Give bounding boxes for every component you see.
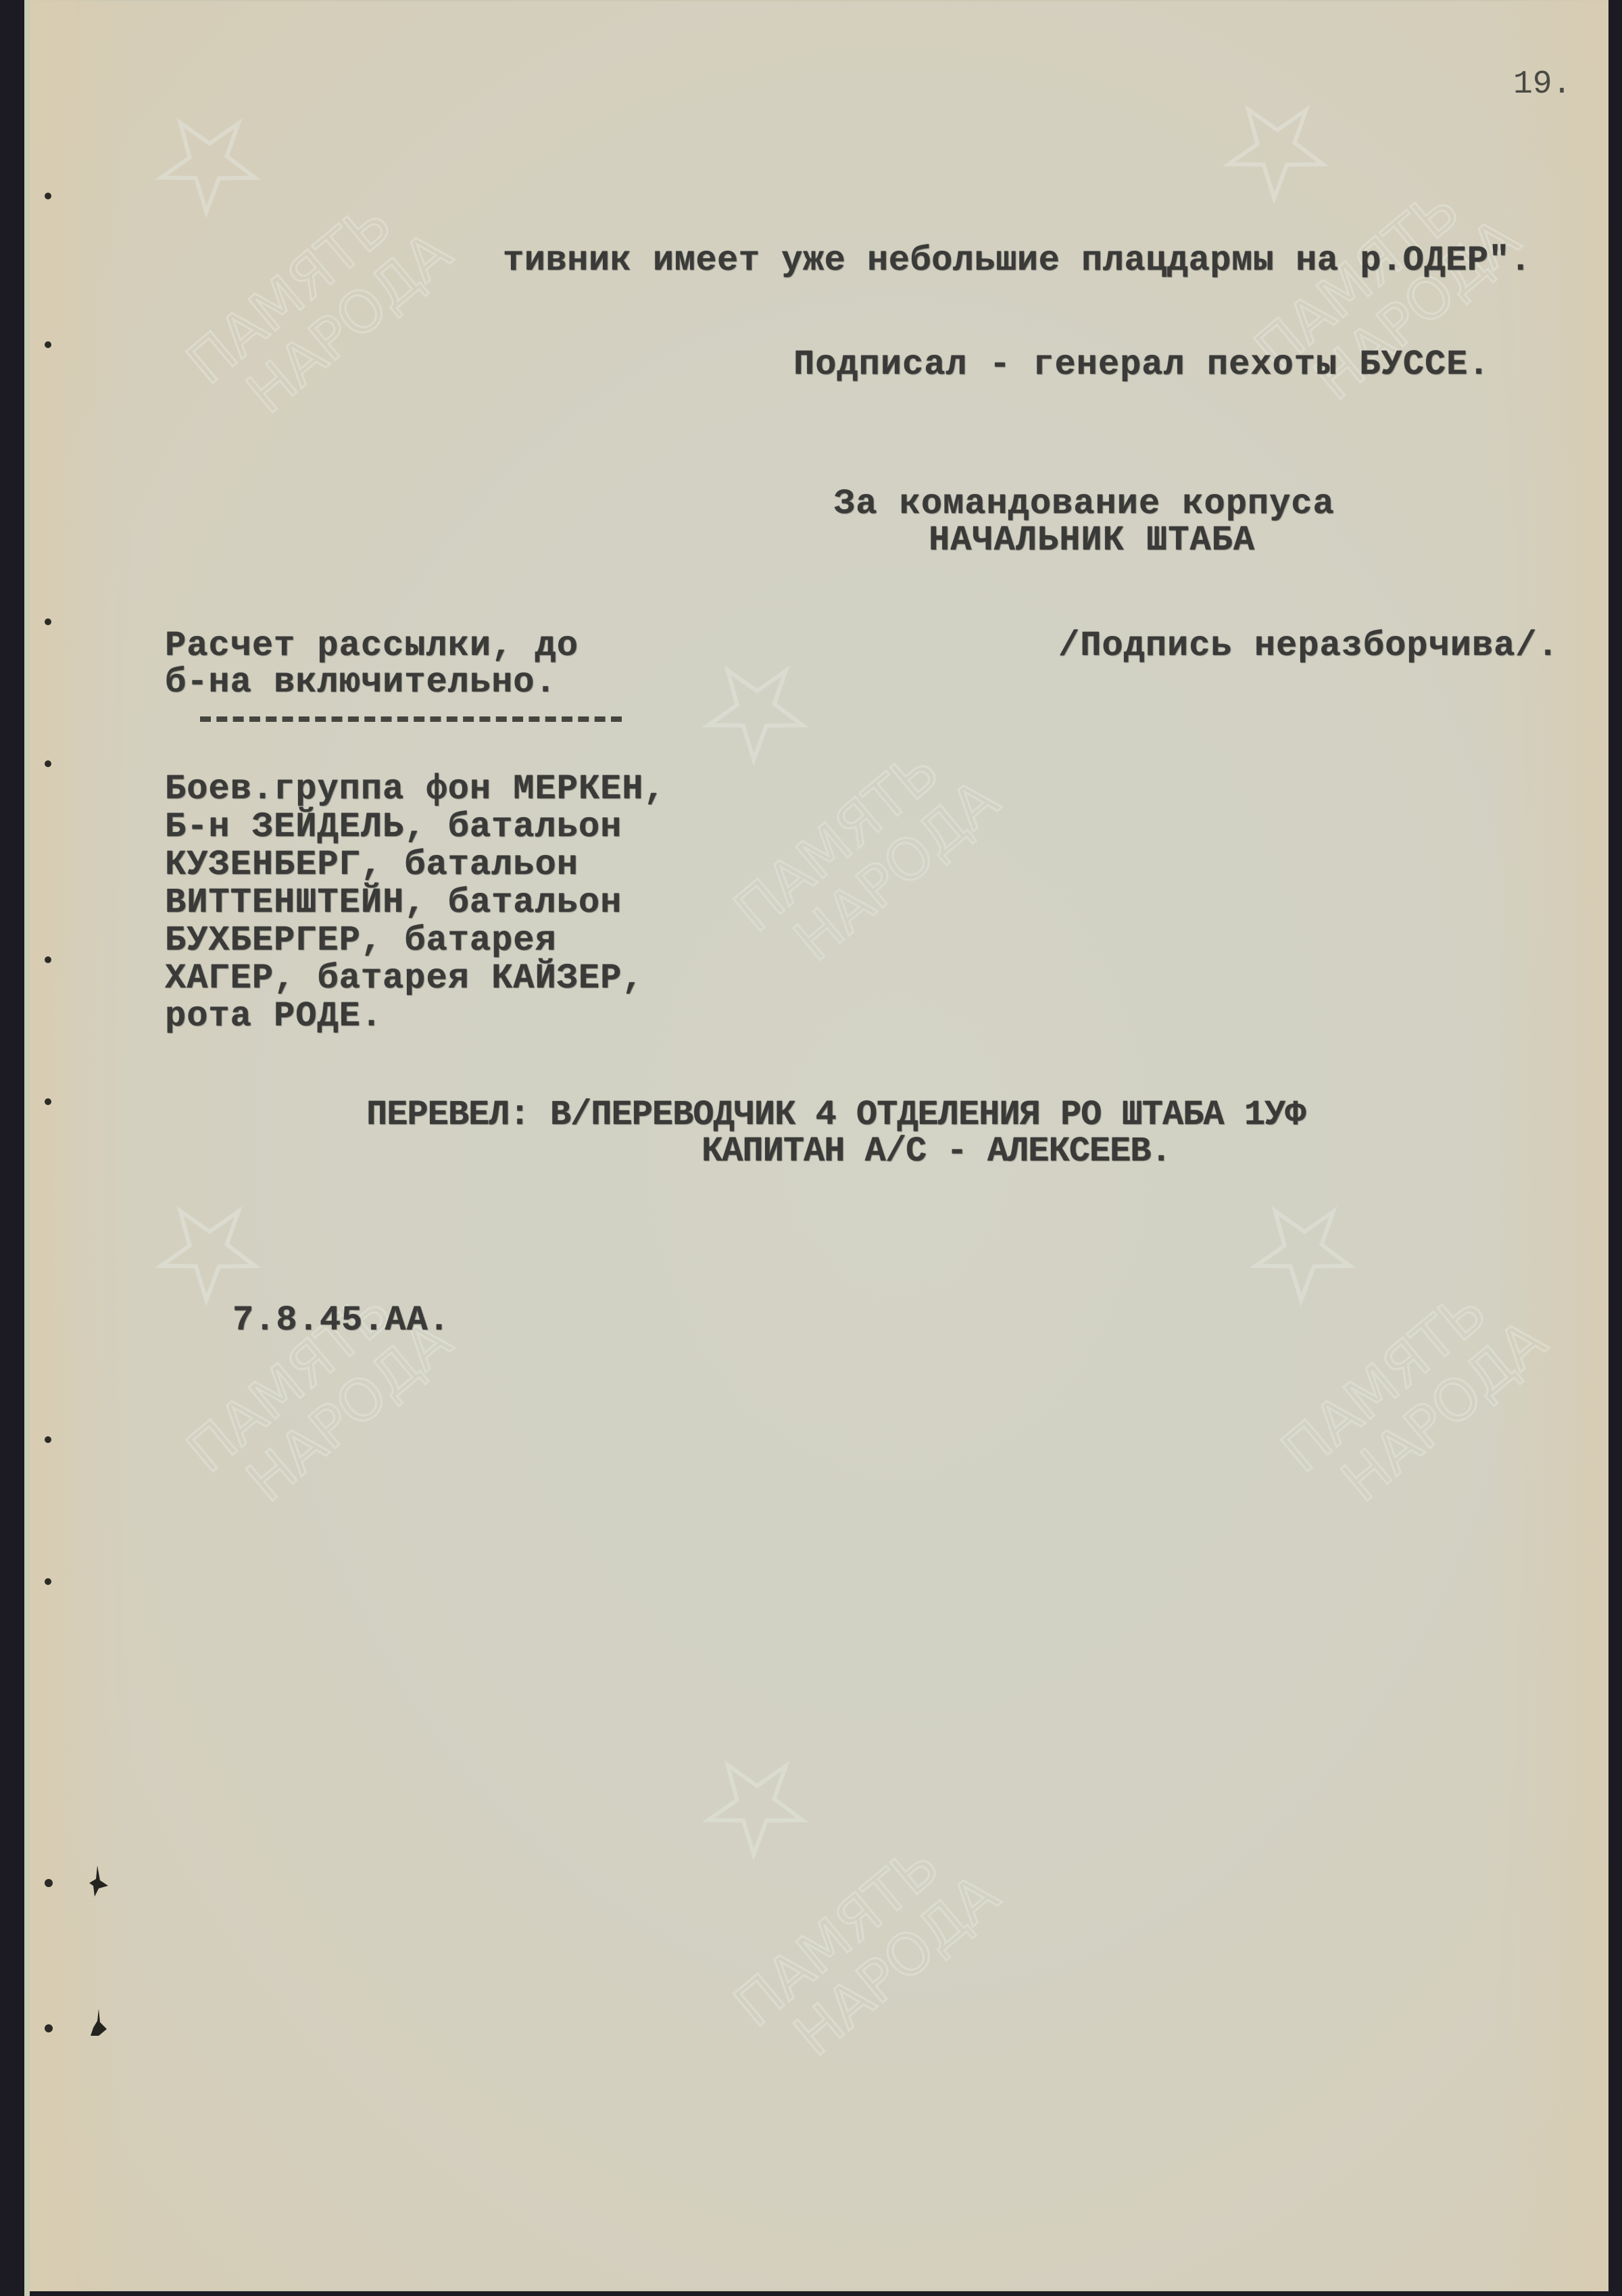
document-page: ПАМЯТЬ НАРОДА ПАМЯТЬ НАРОДА ПАМЯТЬ НАРОД… <box>30 0 1608 2291</box>
paper-tear-mark <box>88 1865 111 1898</box>
recipient-line: ВИТТЕНШТЕЙН, батальон <box>165 884 622 922</box>
binder-hole-mark <box>45 1578 51 1585</box>
star-icon <box>141 1190 269 1310</box>
star-icon <box>141 101 269 222</box>
scan-edge-strip <box>24 0 30 2296</box>
star-icon <box>1236 1190 1364 1310</box>
watermark-line-1: ПАМЯТЬ <box>722 1832 951 2040</box>
binder-hole-mark <box>45 193 51 199</box>
recipient-line: Боев.группа фон МЕРКЕН, <box>165 771 666 808</box>
watermark-line-2: НАРОДА <box>782 1861 1011 2069</box>
watermark-line-1: ПАМЯТЬ <box>722 737 951 945</box>
watermark-line-2: НАРОДА <box>1329 1307 1558 1515</box>
corps-command-line-1: За командование корпуса <box>834 485 1335 523</box>
star-icon <box>1209 88 1337 208</box>
watermark: ПАМЯТЬ НАРОДА <box>1226 1190 1577 1541</box>
recipient-line: рота РОДЕ. <box>165 998 383 1035</box>
translator-line-2: КАПИТАН А/С - АЛЕКСЕЕВ. <box>702 1133 1171 1171</box>
recipient-line: КУЗЕНБЕРГ, батальон <box>165 846 579 884</box>
star-icon <box>689 649 816 769</box>
watermark: ПАМЯТЬ НАРОДА <box>679 649 1030 1000</box>
watermark: ПАМЯТЬ НАРОДА <box>131 1190 483 1541</box>
watermark: ПАМЯТЬ НАРОДА <box>679 1744 1030 2095</box>
corps-command-line-2: НАЧАЛЬНИК ШТАБА <box>929 522 1255 560</box>
signature-note: /Подпись неразборчива/. <box>1058 627 1559 665</box>
binder-hole-mark <box>45 760 51 767</box>
binder-hole-mark <box>45 618 51 625</box>
star-icon <box>689 1744 816 1864</box>
binder-hole-mark <box>45 1879 53 1887</box>
watermark-line-1: ПАМЯТЬ <box>1269 1278 1498 1486</box>
watermark: ПАМЯТЬ НАРОДА <box>131 101 483 453</box>
watermark-line-1: ПАМЯТЬ <box>174 190 403 397</box>
translator-line-1: ПЕРЕВЕЛ: В/ПЕРЕВОДЧИК 4 ОТДЕЛЕНИЯ РО ШТА… <box>366 1096 1305 1134</box>
continuation-text: тивник имеет уже небольшие плацдармы на … <box>503 242 1531 280</box>
binder-hole-mark <box>45 956 51 963</box>
recipient-line: Б-н ЗЕЙДЕЛЬ, батальон <box>165 808 622 846</box>
paper-tear-mark <box>88 2009 111 2041</box>
page-number: 19. <box>1513 66 1571 103</box>
binder-hole-mark <box>45 1436 51 1443</box>
distribution-heading-line-2: б-на включительно. <box>165 664 557 702</box>
watermark-line-2: НАРОДА <box>782 766 1011 974</box>
distribution-heading-line-1: Расчет рассылки, до <box>165 627 579 665</box>
binder-hole-mark <box>45 341 51 348</box>
binder-hole-mark <box>45 2024 53 2032</box>
binder-hole-mark <box>45 1098 51 1105</box>
date-code: 7.8.45.АА. <box>232 1302 450 1340</box>
watermark-line-2: НАРОДА <box>235 219 464 426</box>
recipient-line: ХАГЕР, батарея КАЙЗЕР, <box>165 960 644 998</box>
signed-by-line: Подписал - генерал пехоты БУССЕ. <box>793 346 1490 384</box>
dashed-underline <box>200 716 622 722</box>
recipient-line: БУХБЕРГЕР, батарея <box>165 922 557 960</box>
